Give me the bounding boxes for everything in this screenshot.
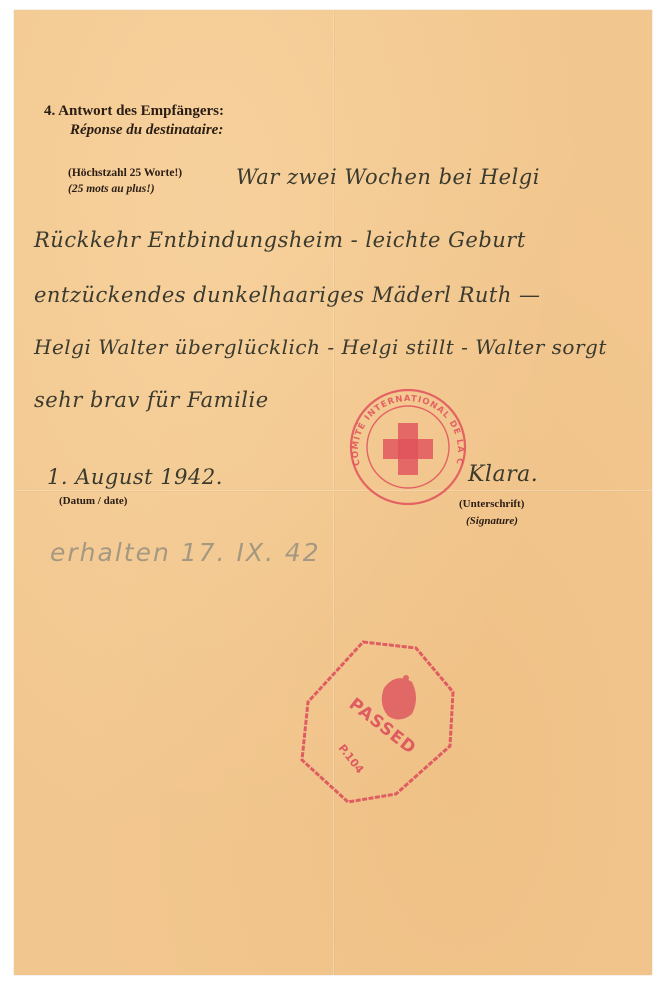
received-date-pencil-note: erhalten 17. IX. 42 — [50, 538, 321, 567]
section-heading-french: Réponse du destinataire: — [70, 122, 223, 139]
handwritten-signature: Klara. — [468, 462, 538, 487]
signature-label-german: (Unterschrift) — [459, 498, 524, 510]
word-limit-german: (Höchstzahl 25 Worte!) — [68, 167, 182, 179]
crown-icon — [382, 675, 416, 720]
red-cross-stamp: COMITÉ INTERNATIONAL DE LA CROIX-ROUGE — [348, 387, 468, 507]
date-label: (Datum / date) — [59, 495, 127, 507]
message-line-5: sehr brav für Familie — [34, 388, 269, 412]
signature-label-french: (Signature) — [466, 515, 518, 527]
censor-octagon-icon: PASSED P.104 — [288, 634, 460, 806]
message-line-2: Rückkehr Entbindungsheim - leichte Gebur… — [34, 228, 526, 252]
word-limit-french: (25 mots au plus!) — [68, 183, 155, 195]
red-cross-icon: COMITÉ INTERNATIONAL DE LA CROIX-ROUGE — [348, 387, 468, 507]
message-line-1: War zwei Wochen bei Helgi — [236, 165, 540, 189]
handwritten-date: 1. August 1942. — [47, 465, 223, 489]
reply-form-paper — [14, 10, 652, 975]
message-line-3: entzückendes dunkelhaariges Mäderl Ruth … — [34, 283, 541, 307]
section-heading-german: 4. Antwort des Empfängers: — [44, 103, 224, 120]
vertical-fold-line — [333, 10, 335, 975]
svg-text:P.104: P.104 — [336, 742, 367, 776]
horizontal-fold-line — [14, 490, 652, 492]
message-line-4: Helgi Walter überglücklich - Helgi still… — [34, 335, 607, 359]
passed-censor-stamp: PASSED P.104 — [288, 634, 460, 806]
